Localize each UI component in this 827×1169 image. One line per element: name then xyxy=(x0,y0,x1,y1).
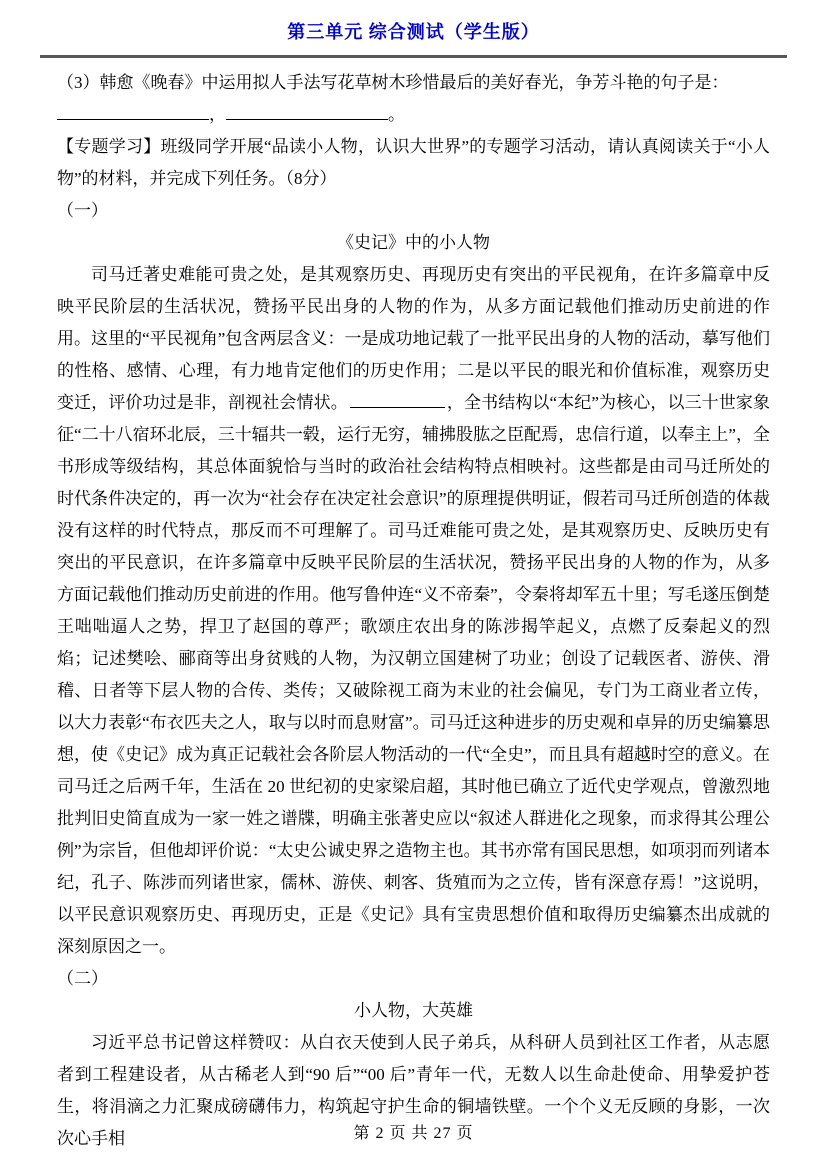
section-2-label: （二） xyxy=(57,963,770,995)
page-number-indicator: 第 2 页 共 27 页 xyxy=(0,1120,827,1143)
document-page: 第三单元 综合测试（学生版） （3）韩愈《晚春》中运用拟人手法写花草树木珍惜最后… xyxy=(0,0,827,1169)
blank-separator: ， xyxy=(209,105,226,124)
page-title: 第三单元 综合测试（学生版） xyxy=(57,18,770,46)
section-1-passage: 司马迁著史难能可贵之处，是其观察历史、再现历史有突出的平民视角，在许多篇章中反映… xyxy=(57,259,770,963)
question-3-answer-line: ，。 xyxy=(57,99,770,131)
answer-blank-1[interactable] xyxy=(57,102,209,120)
passage-blank[interactable] xyxy=(350,390,445,408)
section-2-title: 小人物，大英雄 xyxy=(57,995,770,1027)
activity-intro: 【专题学习】班级同学开展“品读小人物，认识大世界”的专题学习活动，请认真阅读关于… xyxy=(57,131,770,195)
blank-terminator: 。 xyxy=(388,105,405,124)
section-1-label: （一） xyxy=(57,195,770,227)
answer-blank-2[interactable] xyxy=(226,102,388,120)
section-1-title: 《史记》中的小人物 xyxy=(57,227,770,259)
document-content: 第三单元 综合测试（学生版） （3）韩愈《晚春》中运用拟人手法写花草树木珍惜最后… xyxy=(0,0,827,1155)
title-divider xyxy=(40,55,787,58)
question-3-stem: （3）韩愈《晚春》中运用拟人手法写花草树木珍惜最后的美好春光，争芳斗艳的句子是： xyxy=(57,67,770,99)
passage-1-after-blank: ，全书结构以“本纪”为核心，以三十世家象征“二十八宿环北辰，三十辐共一毂，运行无… xyxy=(57,393,770,956)
